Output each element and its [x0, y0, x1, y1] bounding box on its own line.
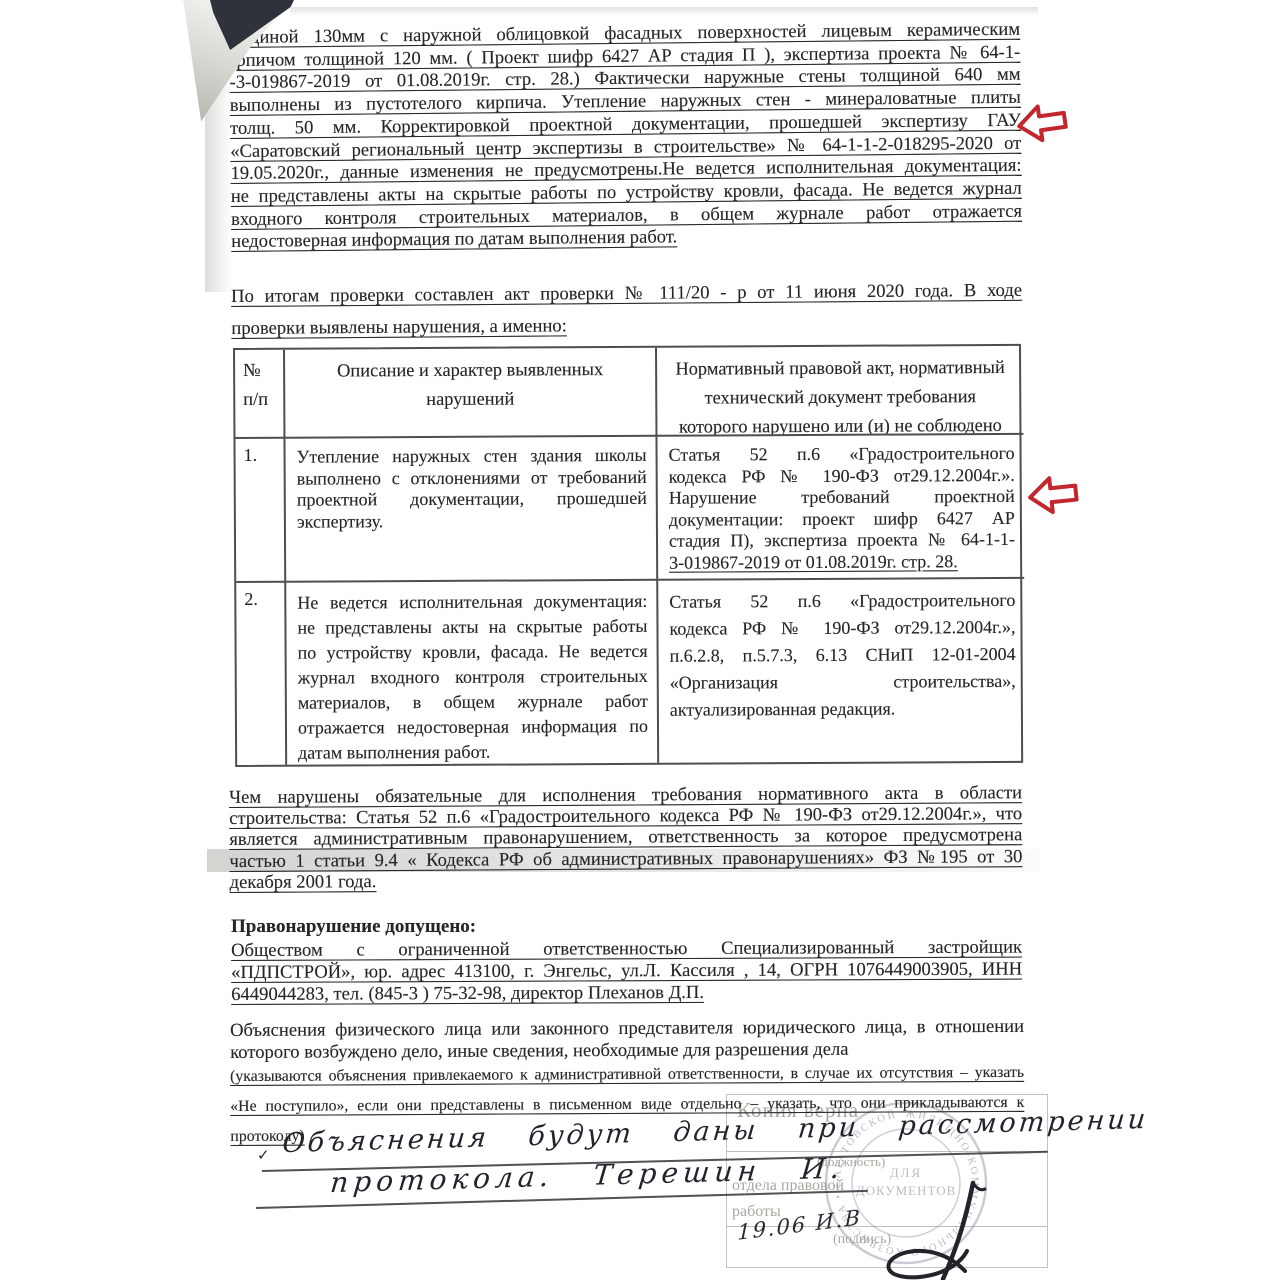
text-line: датам выполнения работ. [298, 739, 648, 765]
text-line: Статья 52 п.6 «Градостроительного [669, 587, 1015, 616]
red-arrow-icon [1013, 100, 1070, 147]
text-line: не представлены акты на скрытые работы [297, 614, 647, 641]
text-line: по устройству кровли, фасада. Не ведется [298, 639, 648, 666]
text-line: журнал входного контроля строительных [298, 664, 648, 691]
text-line: Не ведется исполнительная документация: [297, 589, 647, 616]
table-row2-description: Не ведется исполнительная документация:н… [286, 581, 659, 765]
page-top-edge-shadow [290, 7, 1038, 16]
text-line: п/п [243, 385, 279, 414]
text-line: (указываются объяснения привлекаемого к … [230, 1058, 1024, 1092]
table-row2-num: 2. [236, 583, 287, 765]
text-line: нарушений [285, 384, 655, 415]
seal-center-line1: ДЛЯ [890, 1165, 922, 1180]
text-line: отражается недостоверная информация по [298, 714, 648, 741]
text-line: Статья 52 п.6 «Градостроительного [669, 443, 1015, 466]
text-line: № [243, 356, 279, 385]
text-line: кодекса РФ № 190-ФЗ от29.12.2004г.». [669, 465, 1015, 488]
table-header-num: №п/п [235, 350, 285, 439]
red-arrow-shape [1028, 476, 1077, 515]
text-line: кодекса РФ № 190-ФЗ от29.12.2004г.», [669, 614, 1015, 643]
paragraph-explanations: Объяснения физического лица или законног… [230, 1016, 1024, 1064]
text-line: 3-019867-2019 от 01.08.2019г. стр. 28. [669, 551, 1015, 574]
text-line: Объяснения физического лица или законног… [230, 1016, 1024, 1042]
text-line: «Организация строительства», [670, 668, 1016, 697]
table-row1-num: 1. [235, 439, 286, 583]
text-line: стадия П), экспертиза проекта № 64-1-1- [669, 529, 1015, 552]
violations-table: №п/п Описание и характер выявленныхнаруш… [233, 344, 1023, 767]
table-header-normative-act: Нормативный правовой акт, нормативныйтех… [657, 346, 1023, 437]
offender-details: Обществом с ограниченной ответственность… [231, 937, 1022, 1006]
text-line: По итогам проверки составлен акт проверк… [231, 275, 1022, 313]
scanned-document-page: щиной 130мм с наружной облицовкой фасадн… [0, 0, 1280, 1280]
table-row1-description: Утепление наружных стен здания школывыпо… [285, 437, 658, 583]
text-line: проектной документации, прошедшей [297, 488, 647, 511]
table-header-description: Описание и характер выявленныхнарушений [285, 348, 657, 439]
text-line: выполнено с отклонениями от требований [297, 466, 647, 489]
text-line: Утепление наружных стен здания школы [297, 445, 647, 468]
ink-signature [877, 1179, 997, 1280]
text-line: Описание и характер выявленных [285, 355, 655, 386]
text-line: Обществом с ограниченной ответственность… [231, 937, 1022, 962]
text-line: экспертизу. [297, 510, 647, 533]
text-line: 6449044283, тел. (845-3 ) 75-32-98, дире… [231, 980, 1022, 1005]
text-line: актуализированная редакция. [670, 695, 1016, 724]
text-line: декабря 2001 года. [230, 867, 1023, 893]
red-arrow-icon [1025, 472, 1081, 517]
text-line: п.6.2.8, п.5.7.3, 6.13 СНиП 12-01-2004 [670, 641, 1016, 670]
table-row2-normative: Статья 52 п.6 «Градостроительногокодекса… [658, 579, 1025, 763]
text-line: материалов, в общем журнале работ [298, 689, 648, 716]
text-line: проверки выявлены нарушения, а именно: [231, 307, 1022, 345]
text-line: «ПДПСТРОЙ», юр. адрес 413100, г. Энгельс… [231, 958, 1022, 983]
text-line: Нарушение требований проектной [669, 486, 1015, 509]
text-line: документации: проект шифр 6427 АР [669, 508, 1015, 531]
paragraph-violated-norms: Чем нарушены обязательные для исполнения… [229, 782, 1023, 893]
text-line: Нормативный правовой акт, нормативный [657, 353, 1023, 384]
text-line: которого нарушено или (и) не соблюдено [657, 411, 1023, 437]
paragraph-wall-construction: щиной 130мм с наружной облицовкой фасадн… [229, 19, 1022, 254]
handwritten-checkmark: ✓ [257, 1146, 270, 1165]
paragraph-inspection-act: По итогам проверки составлен акт проверк… [231, 275, 1022, 345]
offender-heading: Правонарушение допущено: [231, 916, 476, 938]
text-line: технический документ требования [657, 382, 1023, 413]
red-arrow-shape [1017, 103, 1067, 143]
table-row1-normative: Статья 52 п.6 «Градостроительногокодекса… [657, 435, 1024, 581]
